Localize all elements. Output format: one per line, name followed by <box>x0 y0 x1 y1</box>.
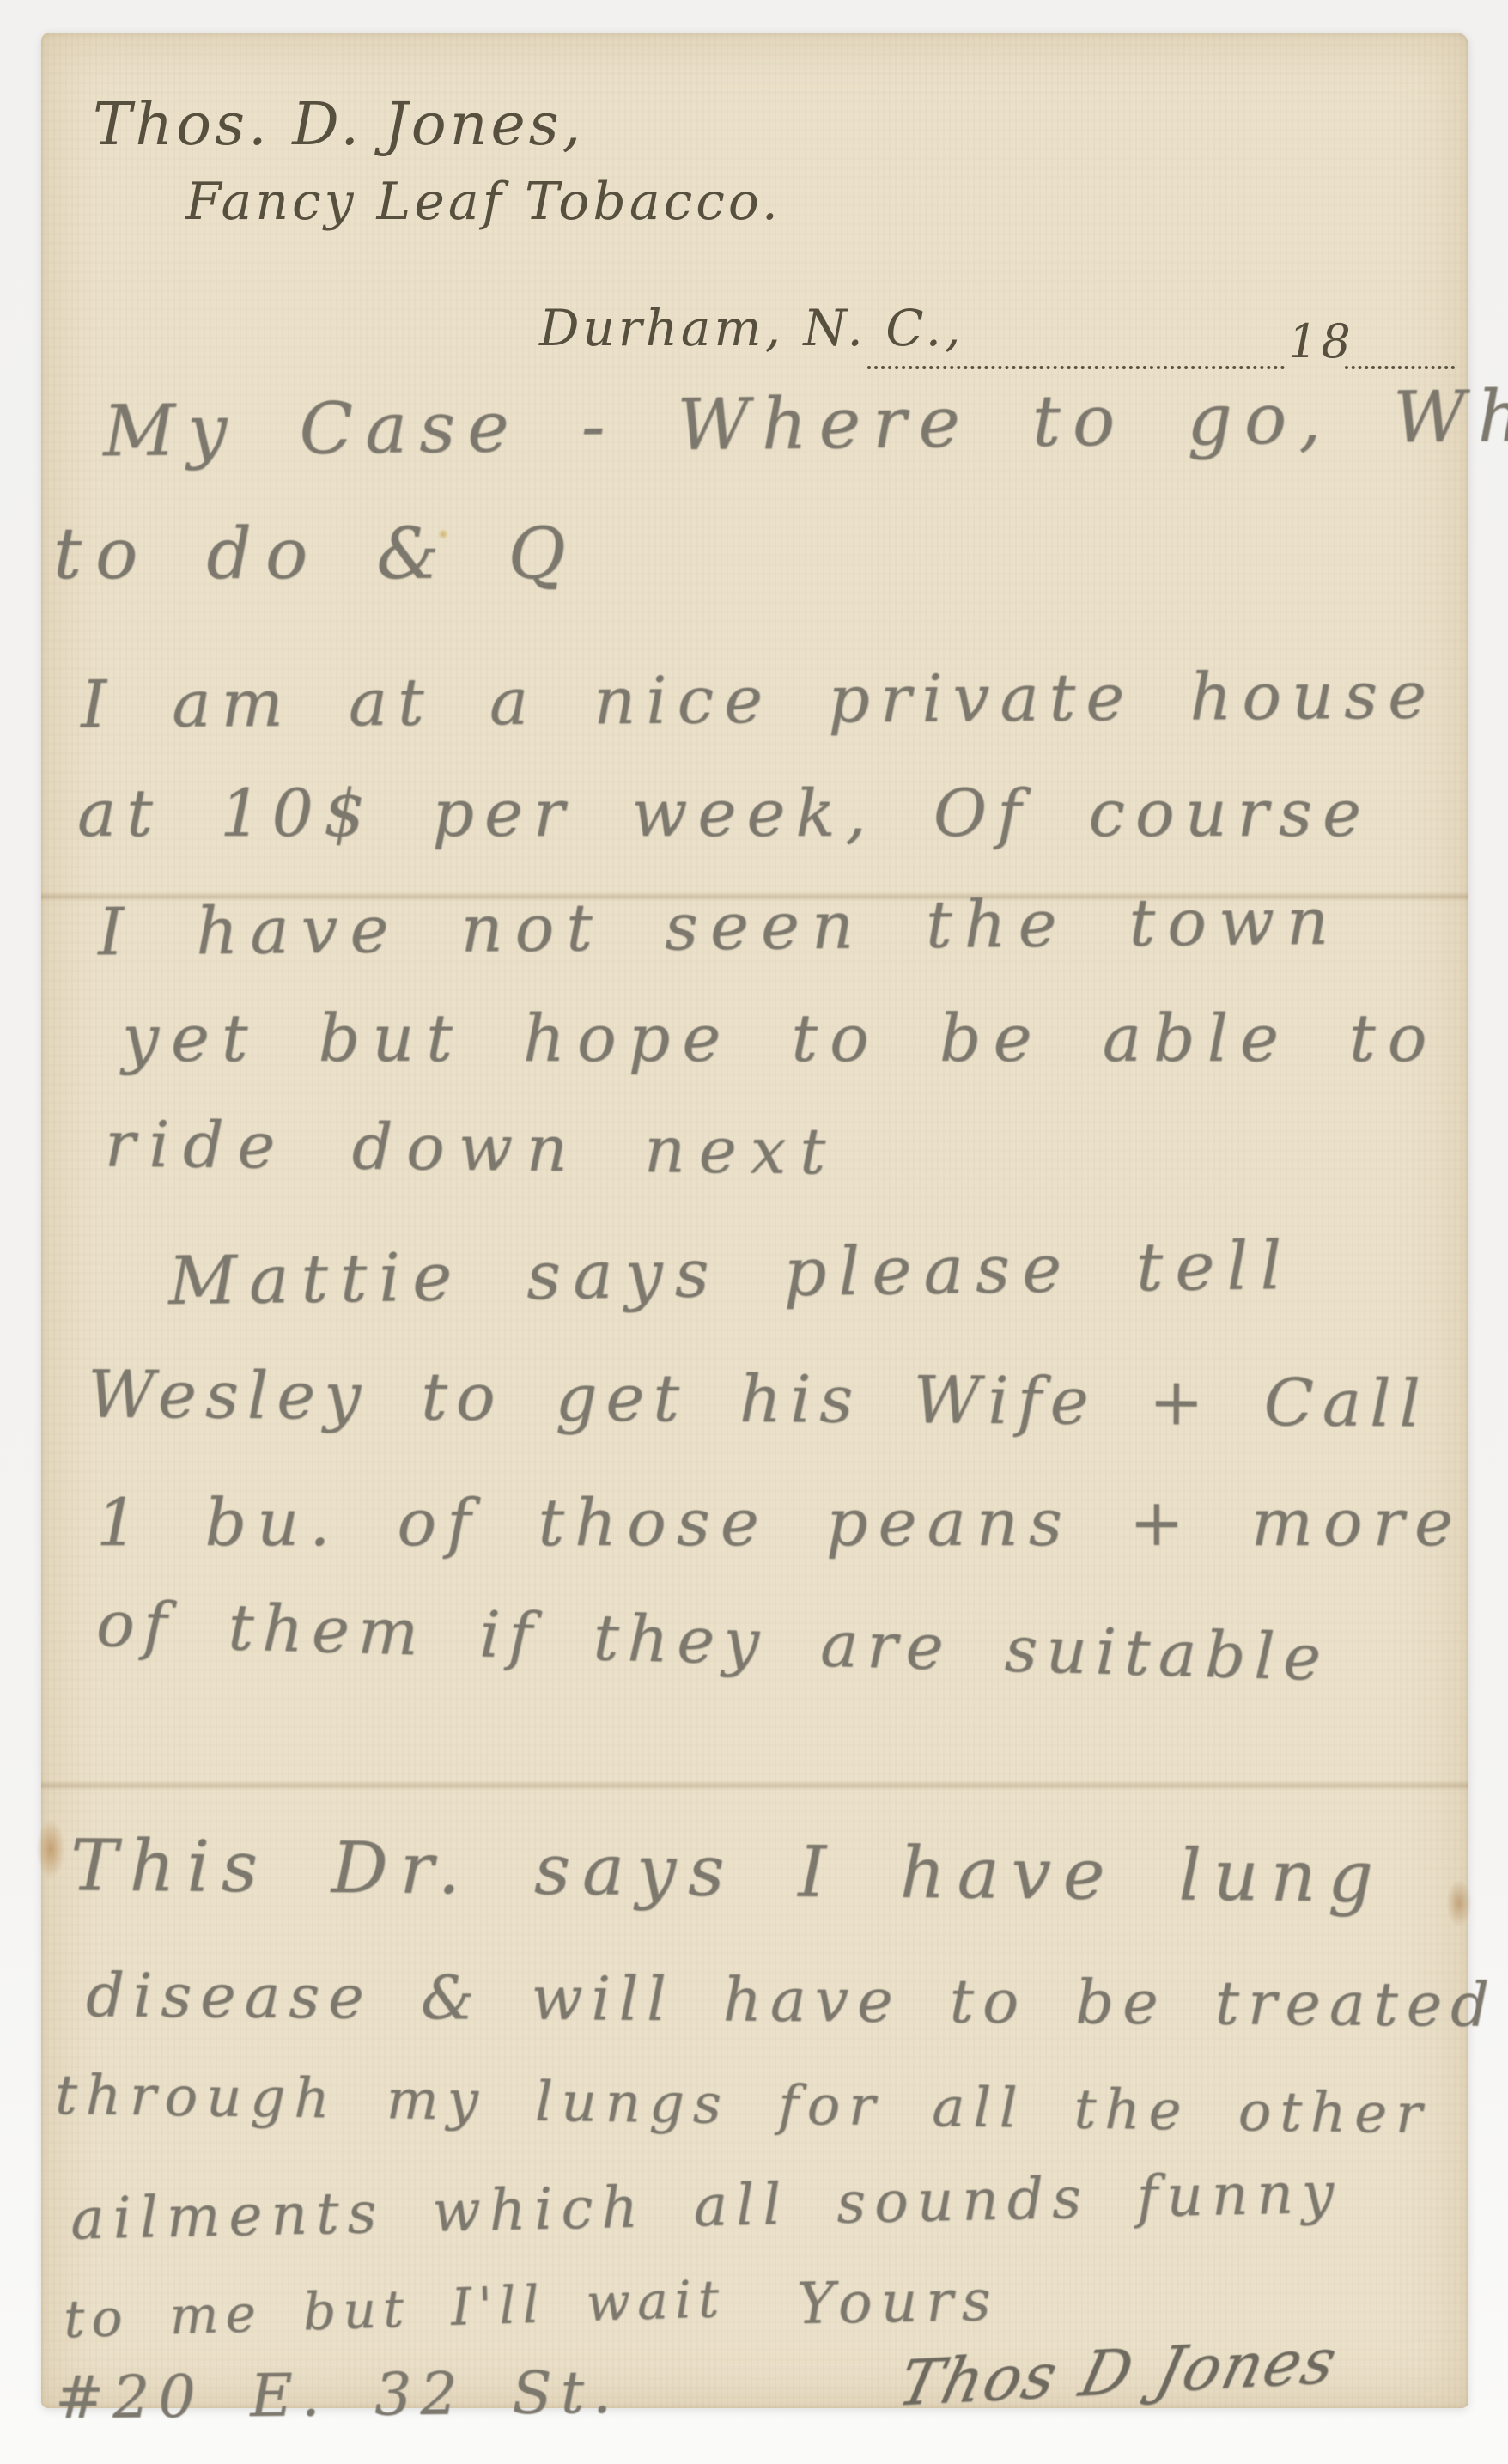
stain-left-edge <box>36 1819 65 1879</box>
dateline-year: 18 <box>1288 314 1354 368</box>
handwritten-line: of them if they are suitable <box>95 1587 1330 1695</box>
handwritten-line: 1 bu. of those peans + more <box>96 1484 1463 1561</box>
stain-right-edge <box>1446 1879 1472 1927</box>
handwritten-line: I have not seen the town <box>98 883 1341 970</box>
handwritten-return-address: #20 E. 32 St. <box>55 2359 620 2433</box>
letter-page: Thos. D. Jones, Fancy Leaf Tobacco. Durh… <box>41 33 1468 2408</box>
letterhead-business: Fancy Leaf Tobacco. <box>185 172 781 232</box>
handwritten-line: ride down next <box>105 1108 840 1189</box>
handwritten-line: to do & Q <box>53 514 580 595</box>
handwritten-line: to me but I'll wait <box>63 2269 727 2350</box>
handwritten-line: at 10$ per week, Of course <box>77 775 1371 851</box>
handwritten-line: This Dr. says I have lung <box>70 1825 1386 1918</box>
dateline-rule-left <box>867 366 1285 369</box>
handwritten-line: Mattie says please tell <box>167 1227 1293 1320</box>
handwritten-line: Wesley to get his Wife + Call <box>88 1356 1429 1442</box>
handwritten-line: through my lungs for all the other <box>55 2064 1432 2146</box>
handwritten-line: I am at a nice private house <box>81 656 1438 742</box>
letter-scan: { "document_type": "handwritten letter o… <box>0 0 1508 2464</box>
letterhead-name: Thos. D. Jones, <box>93 91 584 159</box>
fold-line-lower <box>41 1780 1468 1791</box>
handwritten-line: yet but hope to be able to <box>122 1000 1438 1076</box>
handwritten-line: ailments which all sounds funny <box>70 2159 1342 2252</box>
dateline-place: Durham, N. C., <box>539 299 964 357</box>
handwritten-line: disease & will have to be treated <box>86 1960 1498 2040</box>
signature: Thos D Jones <box>892 2324 1345 2420</box>
dateline-rule-right <box>1345 366 1455 369</box>
handwritten-line: My Case - Where to go, What <box>103 375 1508 473</box>
handwritten-closing-yours: Yours <box>796 2267 1000 2337</box>
